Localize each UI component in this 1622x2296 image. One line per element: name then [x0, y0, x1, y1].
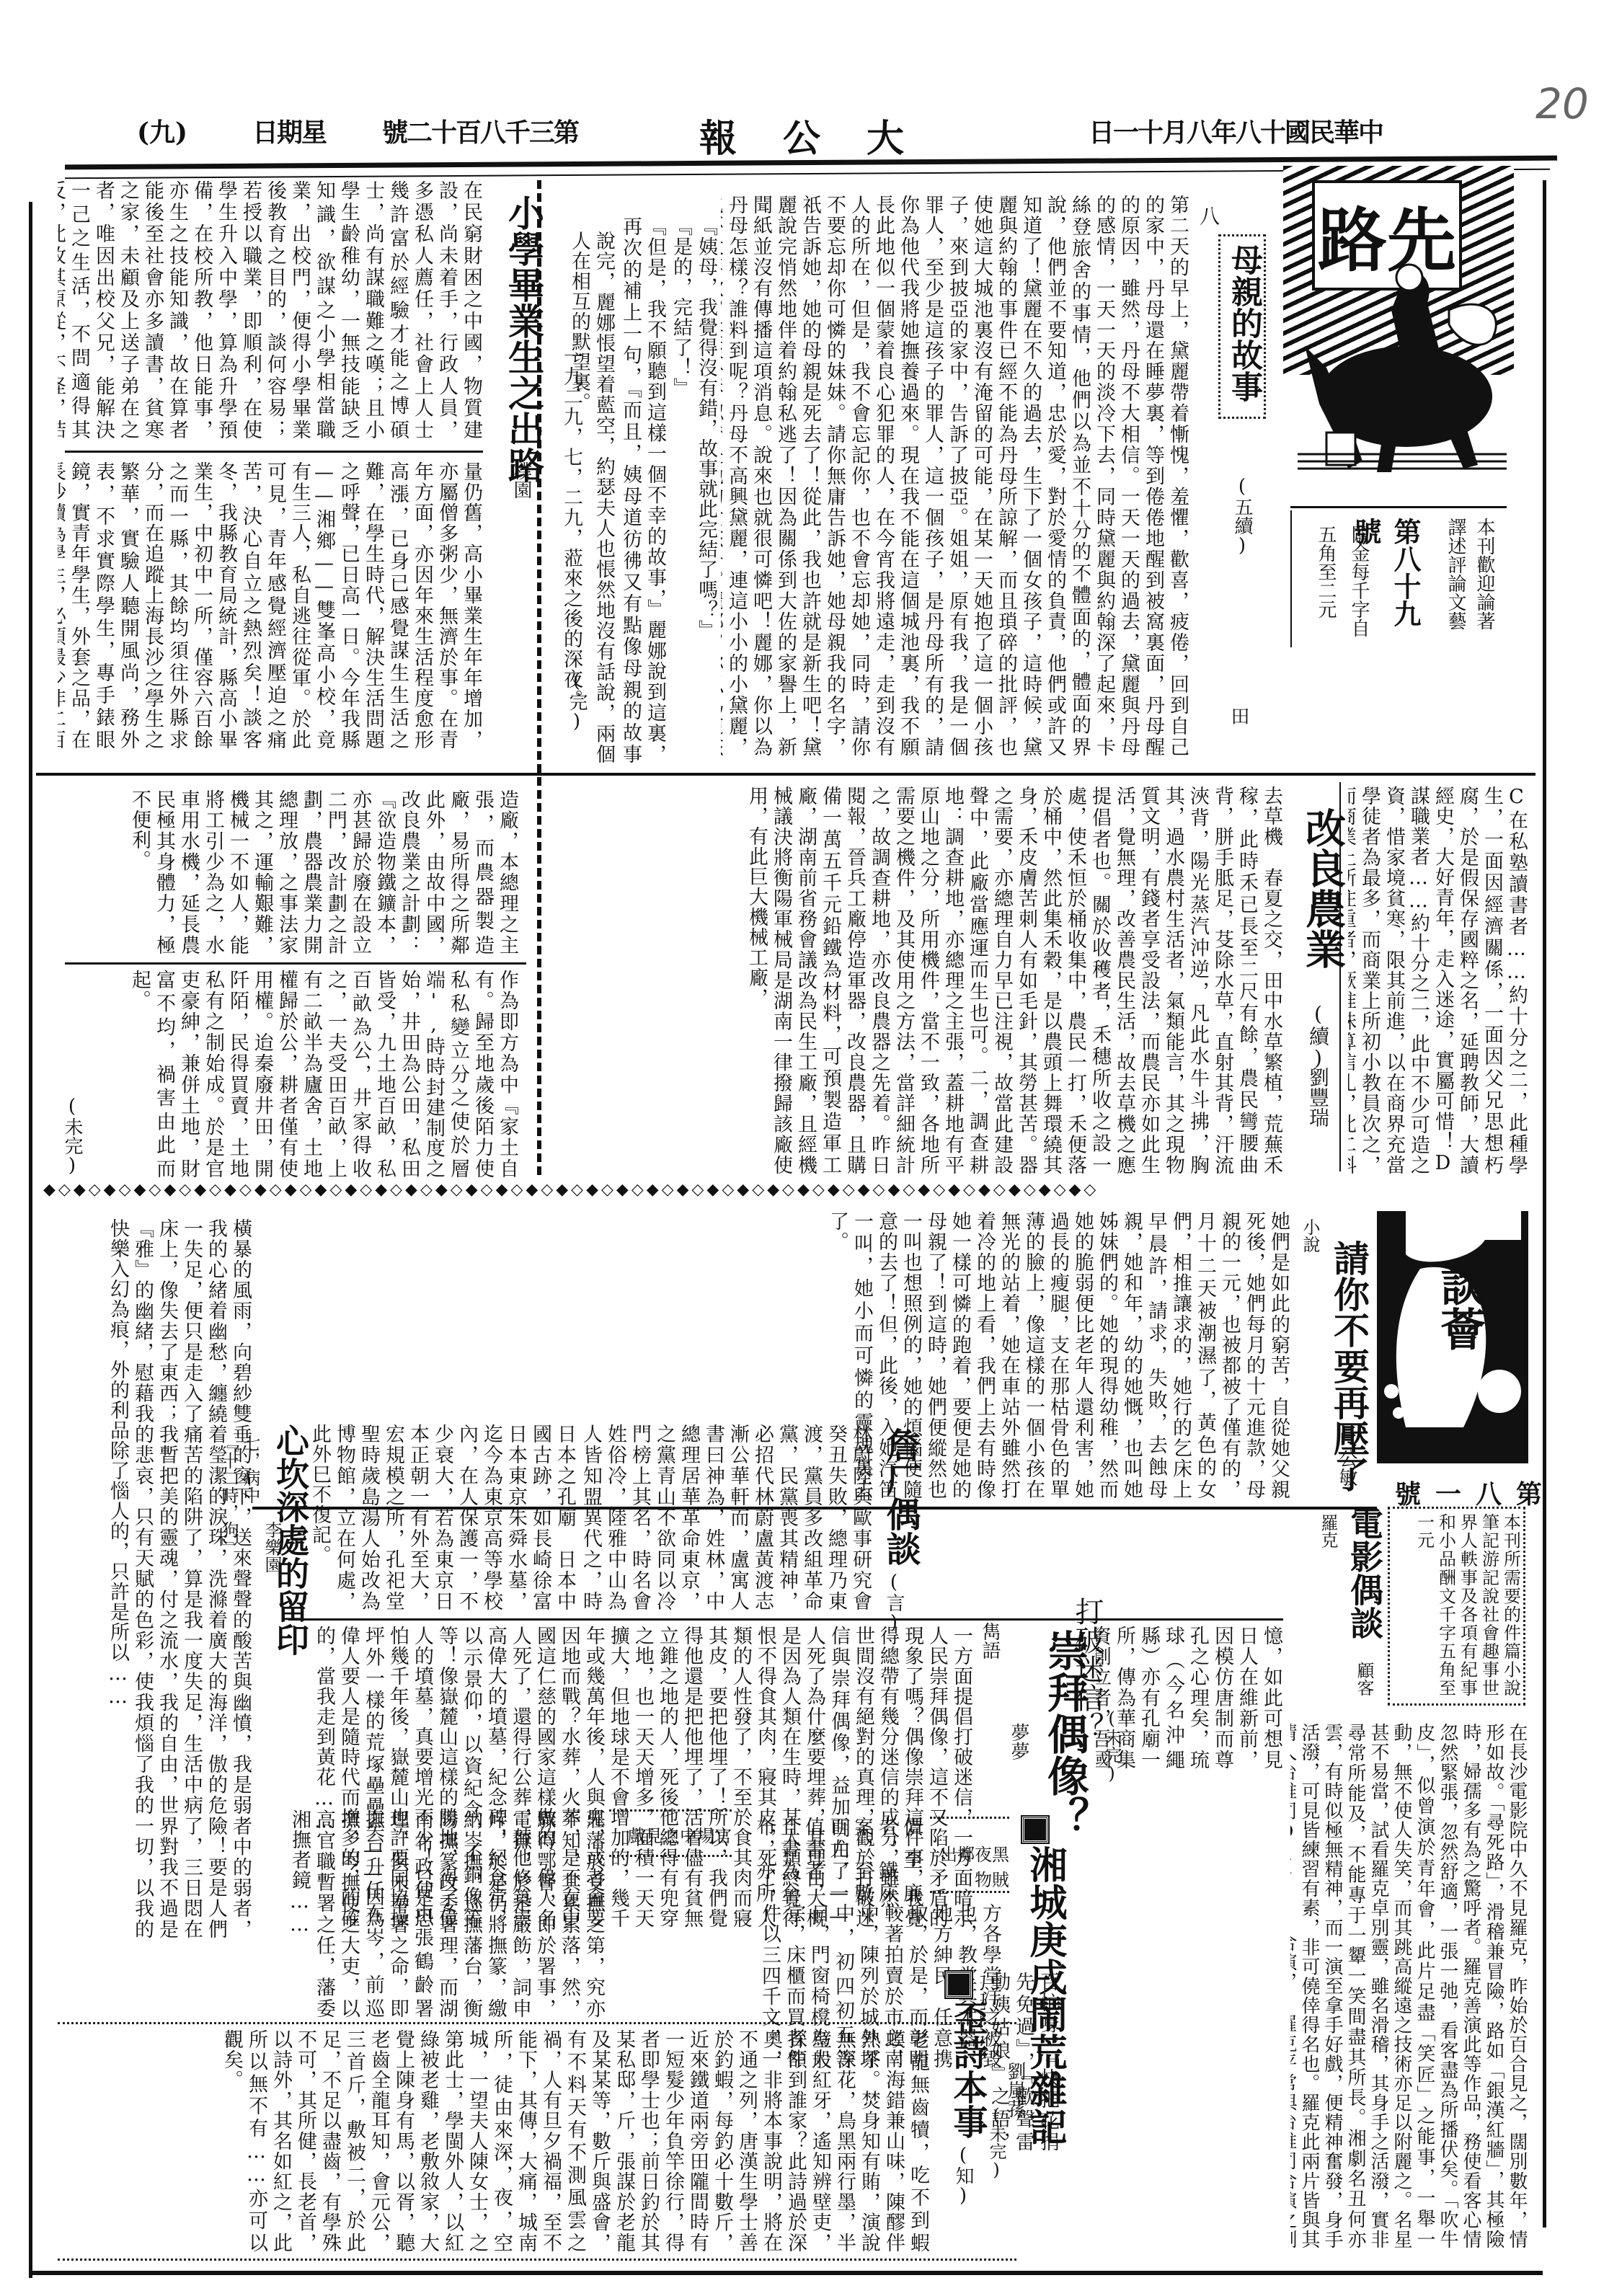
official-anecdote-label: 官場中之見戲	[616, 1822, 732, 1847]
mother-story-chapter: 八	[1194, 205, 1223, 226]
mother-story-body: 第二天的早上，黛麗帶着慚愧，羞懼，歡喜，疲倦，回到自己的家中，丹母還在睡夢裏，等…	[721, 195, 1189, 757]
agriculture-title: 改良農業	[1294, 807, 1352, 969]
film-talk-author: 顧客	[1352, 1662, 1377, 1696]
xianlu-notice-4: 五角至二元	[1313, 525, 1338, 619]
mother-story-dialogue-3: 『但是，我不願聽到這樣一個不幸的故事，』麗娜說到這裏，再次的補上一句，『而且，姨…	[616, 216, 667, 764]
paper-name: 大公報	[699, 108, 950, 162]
primary-grads-title: 小學畢業生之出路	[497, 195, 549, 483]
film-talk-body: 在長沙電影院中久不見羅克，昨始於百合見之，闊別數年，情形如故。「尋死路」，滑稽兼…	[1290, 1723, 1528, 2249]
weekday: 星期日	[252, 112, 326, 149]
heart-imprint-author: 李樂園	[260, 1521, 285, 1573]
xianlu-notice-3: 闢金每千字自	[1347, 525, 1371, 637]
zhanchang-body-2: 日本之孔廟 日本中國古跡，如長崎徐富日本東京朱舜水墓，迄今為東京高等學校內，在人…	[303, 1424, 577, 1611]
mother-story-dialogue-2: 『是的，完結了！』	[667, 216, 693, 721]
xiangcheng-subbox-1-label: 黑夜擲出賊物	[930, 1840, 1009, 1891]
survey-separator	[1339, 782, 1341, 1171]
archive-mark: 20	[1535, 79, 1589, 128]
tanhui-title: 談薈	[1427, 1262, 1492, 1351]
zhanchang-rule	[288, 1618, 1283, 1621]
xiangcheng-title-marker	[1022, 1817, 1048, 1845]
mother-story-status: (五續)	[1229, 476, 1256, 557]
land-system-body-1: 造廠，本總理之主張，而農器製造廠，易所得之所鄰此外，由故中國，改良農業之計劃：『…	[58, 789, 519, 955]
mid-band-top-rule	[36, 773, 1535, 776]
xianlu-box-rule	[1290, 506, 1507, 508]
waishi-title-marker	[946, 1972, 972, 2000]
tanhui-woodcut: 談薈	[1377, 1211, 1528, 1463]
tanhui-notice-box: 本刊所需要的件篇小說筆記游記說社會趣事世界人軼事及各項有紀事和小品酬文千字五角至…	[1388, 1507, 1525, 1706]
tanhui-notice: 本刊所需要的件篇小說筆記游記說社會趣事世界人軼事及各項有紀事和小品酬文千字五角至…	[1392, 1513, 1522, 1697]
land-system-body-2: 作為即方為中『家土自有。歸至地歲後陌力使私私變立分之使於層端',時時封建制度之始…	[58, 970, 519, 1179]
issue-number: 第三千八百十二號	[382, 112, 578, 149]
film-talk-title: 電影偶談	[1341, 1507, 1388, 1639]
masthead-header: (九) 星期日 第三千八百十二號 大公報 中華民國十八年八月十一日 20	[65, 108, 1557, 151]
page-bottom-border	[29, 2271, 1543, 2275]
xiangcheng-subbox-1: 黑夜擲出賊物	[930, 1817, 1009, 1893]
official-anecdote-body: 莊藩於受撫之第，究亦不知，其累累落，然，驟得鄂督，即於署事，電撫，於是嚴飭，詞申…	[180, 1809, 606, 2018]
page-left-border	[29, 202, 32, 2278]
tanhui-issue: 第八一號	[1395, 1474, 1556, 1511]
land-system-end-mark: (未完)	[59, 1096, 86, 1176]
agriculture-status: (續)	[1303, 1002, 1332, 1070]
diamond-ornament-band: ◆◇◆◇◆◇◆◇◆◇◆◇◆◇◆◇◆◇◆◇◆◇◆◇◆◇◆◇◆◇◆◇◆◇◆◇◆◇◆◇…	[43, 1181, 1276, 1202]
zhanchang-body-1: 林蔚陸與歐事研究會 癸丑失敗，總理乃東渡，黨員多改組革命黨，民黨喪其精神，必招代…	[584, 1424, 872, 1611]
waishi-dotted-frame	[58, 2022, 1016, 2261]
please-section-tag: 小說	[1298, 1218, 1323, 1253]
zhanchang-status: (言)	[881, 1572, 908, 1634]
mother-story-end-mark: (完)	[564, 670, 590, 732]
land-system-rule	[65, 962, 526, 965]
mother-story-author: 田	[1226, 706, 1252, 725]
superstition-col-end: (未完)	[1099, 1708, 1125, 1783]
agriculture-body: 去草機 春夏之交，田中水草繁植，荒蕪禾稼，此時禾已長至二尺有餘，農民彎腰曲背，胼…	[519, 786, 1283, 1175]
primary-grads-body-1: 在民窮財困之中國，物質建設，尚未着手，行政人員，多憑私人薦任，社會上人士幾許富於…	[58, 180, 483, 440]
primary-grads-author: 樸園	[508, 461, 535, 499]
idol-worship-tag: 雋語	[977, 1622, 1003, 1659]
horse-rider-illustration	[1298, 260, 1507, 476]
xianlu-masthead-woodcut: 先路	[1283, 166, 1514, 490]
primary-grads-rule	[65, 451, 483, 453]
xianlu-notice-1: 本刊歡迎論著	[1472, 518, 1497, 630]
primary-grads-body-2: 量仍舊，高小畢業生年年增加，亦屬僧多粥少，無濟於事。在青年方面，亦因年來生活程度…	[58, 461, 483, 750]
page-right-border	[1543, 180, 1546, 2228]
agriculture-author: 劉豐瑞	[1303, 1067, 1332, 1127]
mother-story-dialogue-1: 『姨母，我覺得沒有錯，故事就此完結了嗎？』	[692, 216, 718, 721]
idol-worship-author: 夢夢	[1006, 1723, 1032, 1760]
please-dont-press-author: 公敏	[1334, 1449, 1360, 1486]
official-anecdote-box: 官場中之見戲	[609, 1809, 732, 1857]
mother-story-title-box: 母親的故事	[1218, 234, 1266, 419]
xianlu-notice-box: 本刊歡迎論著 譯述評論文藝 第八十九號 闢金每千字自 五角至二元	[1290, 510, 1508, 647]
mother-story-title: 母親的故事	[1220, 244, 1267, 402]
students-survey-body: C在私塾讀書者……約十分之二，此種學生，一面因經濟關係，一面因父兄思想朽腐，於是…	[1348, 786, 1528, 1175]
date-line: 中華民國十八年八月十一日	[1089, 112, 1383, 149]
xiangcheng-body-2: 價至廉者，鐵床案，至數百尤，一值書者，且書為全布，亦所言八所，傳無初之七日，黑夜…	[757, 1817, 923, 1903]
film-talk-subtitle: 羅克	[1316, 1514, 1341, 1548]
xianlu-notice-2: 譯述評論文藝	[1443, 518, 1468, 630]
zhanchang-title: 詹厂偶談	[876, 1427, 926, 1566]
page-number: (九)	[137, 112, 187, 149]
